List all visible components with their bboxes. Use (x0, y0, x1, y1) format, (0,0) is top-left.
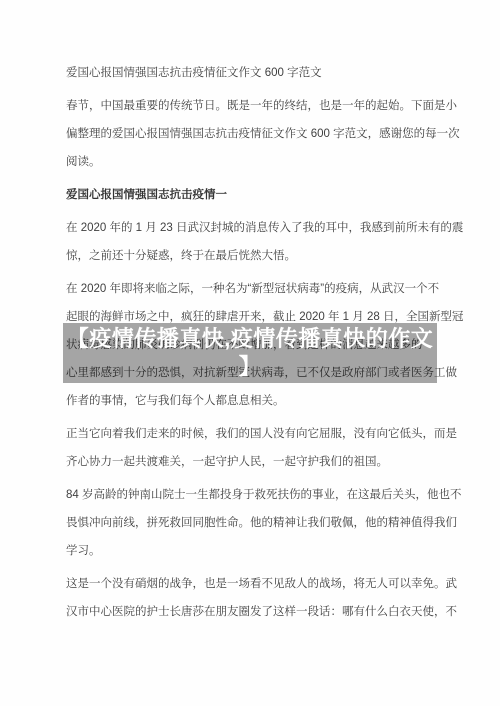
watermark-text-line-2: 】 (63, 353, 437, 381)
watermark-text-line-1: 【疫情传播真快,疫情传播真快的作文 (63, 325, 437, 353)
article-title: 爱国心报国情强国志抗击疫情征文作文 600 字范文 (66, 59, 434, 87)
paragraph: 在 2020 年的 1 月 23 日武汉封城的消息传入了我的耳中，我感到前所未有… (66, 214, 434, 270)
text-line: 作者的事情，它与我们每个人都息息相关。 (66, 387, 434, 415)
text-line: 阅读。 (66, 148, 434, 176)
text-line: 学习。 (66, 537, 434, 565)
paragraph: 84 岁高龄的钟南山院士一生都投身于救死扶伤的事业，在这最后关头，他也不畏惧冲向… (66, 481, 434, 565)
text-line: 齐心协力一起共渡难关，一起守护人民，一起守护我们的祖国。 (66, 448, 434, 476)
text-line: 偏整理的爱国心报国情强国志抗击疫情征文作文 600 字范文，感谢您的每一次 (66, 120, 434, 148)
text-line: 惊，之前还十分疑惑，终于在最后恍然大悟。 (66, 242, 434, 270)
paragraph: 这是一个没有硝烟的战争，也是一场看不见敌人的战场，将无人可以幸免。武汉市中心医院… (66, 570, 434, 626)
article-content: 爱国心报国情强国志抗击疫情征文作文 600 字范文春节，中国最重要的传统节日。既… (0, 0, 500, 626)
text-line: 在 2020 年的 1 月 23 日武汉封城的消息传入了我的耳中，我感到前所未有… (66, 214, 434, 242)
text-line: 在 2020 年即将来临之际，一种名为“新型冠状病毒”的疫病，从武汉一个不 (66, 275, 434, 303)
text-line: 84 岁高龄的钟南山院士一生都投身于救死扶伤的事业，在这最后关头，他也不 (66, 481, 434, 509)
watermark-overlay: 【疫情传播真快,疫情传播真快的作文 】 (63, 323, 437, 383)
paragraph: 正当它向着我们走来的时候，我们的国人没有向它屈服，没有向它低头，而是齐心协力一起… (66, 420, 434, 476)
text-line: 春节，中国最重要的传统节日。既是一年的终结，也是一年的起始。下面是小 (66, 92, 434, 120)
text-line: 正当它向着我们走来的时候，我们的国人没有向它屈服，没有向它低头，而是 (66, 420, 434, 448)
text-line: 这是一个没有硝烟的战争，也是一场看不见敌人的战场，将无人可以幸免。武 (66, 570, 434, 598)
text-line: 汉市中心医院的护士长唐莎在朋友圈发了这样一段话：哪有什么白衣天使，不 (66, 598, 434, 626)
section-heading: 爱国心报国情强国志抗击疫情一 (66, 181, 434, 209)
article-page: { "page": { "background_color": "#fefefe… (0, 0, 500, 706)
paragraph: 春节，中国最重要的传统节日。既是一年的终结，也是一年的起始。下面是小偏整理的爱国… (66, 92, 434, 176)
text-line: 畏惧冲向前线，拼死救回同胞性命。他的精神让我们敬佩，他的精神值得我们 (66, 509, 434, 537)
